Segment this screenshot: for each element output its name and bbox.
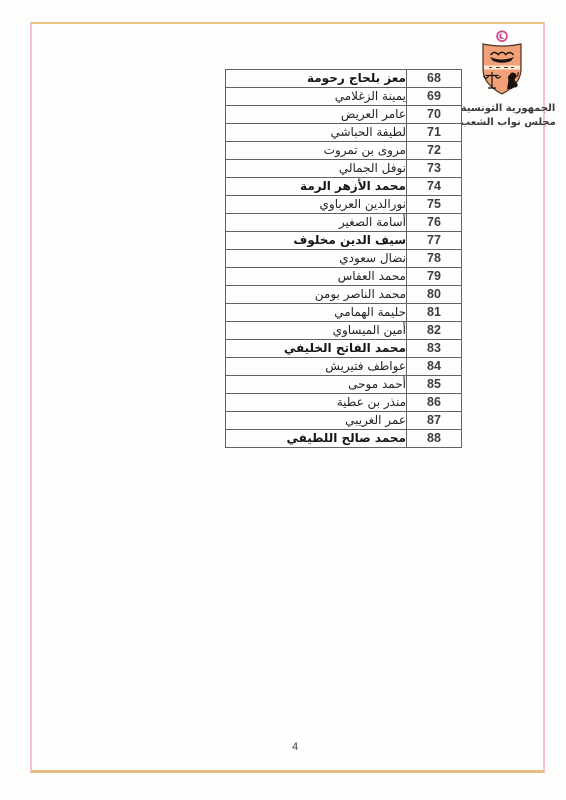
member-name: نورالدين العرباوي [226, 196, 407, 214]
page-number: 4 [270, 741, 320, 753]
member-name: محمد الأزهر الرمة [226, 178, 407, 196]
member-row: مروى بن تمروت 72 [226, 142, 462, 160]
member-row: لطيفة الحباشي 71 [226, 124, 462, 142]
member-number: 72 [407, 142, 462, 160]
member-number: 84 [407, 358, 462, 376]
member-row: محمد الناصر بومن 80 [226, 286, 462, 304]
member-name: نضال سعودي [226, 250, 407, 268]
member-number: 85 [407, 376, 462, 394]
member-row: نوفل الجمالي 73 [226, 160, 462, 178]
member-name: محمد الناصر بومن [226, 286, 407, 304]
member-number: 68 [407, 70, 462, 88]
header-block: الجمهورية التونسية مجلس نواب الشعب [458, 102, 558, 129]
member-name: أسامة الصغير [226, 214, 407, 232]
page-border-frame: الجمهورية التونسية مجلس نواب الشعب معز ب… [30, 22, 545, 773]
member-name: عواطف فتيريش [226, 358, 407, 376]
member-number: 75 [407, 196, 462, 214]
member-name: محمد الفاتح الخليفي [226, 340, 407, 358]
member-name: أحمد موحى [226, 376, 407, 394]
crescent-star-icon [497, 31, 507, 41]
member-row: نورالدين العرباوي 75 [226, 196, 462, 214]
member-number: 82 [407, 322, 462, 340]
member-name: منذر بن عطية [226, 394, 407, 412]
member-name: عامر العريض [226, 106, 407, 124]
member-name: محمد صالح اللطيفي [226, 430, 407, 448]
member-number: 78 [407, 250, 462, 268]
member-number: 87 [407, 412, 462, 430]
member-name: عمر الغريبي [226, 412, 407, 430]
member-row: نضال سعودي 78 [226, 250, 462, 268]
member-row: منذر بن عطية 86 [226, 394, 462, 412]
member-row: محمد الفاتح الخليفي 83 [226, 340, 462, 358]
members-table: معز بلحاج رحومة 68 يمينة الزغلامي 69 عام… [225, 69, 462, 448]
member-row: محمد صالح اللطيفي 88 [226, 430, 462, 448]
member-number: 74 [407, 178, 462, 196]
member-row: محمد العفاس 79 [226, 268, 462, 286]
member-row: يمينة الزغلامي 69 [226, 88, 462, 106]
member-name: حليمة الهمامي [226, 304, 407, 322]
member-row: حليمة الهمامي 81 [226, 304, 462, 322]
assembly-title: مجلس نواب الشعب [458, 116, 558, 130]
member-name: مروى بن تمروت [226, 142, 407, 160]
member-number: 86 [407, 394, 462, 412]
member-number: 76 [407, 214, 462, 232]
member-name: معز بلحاج رحومة [226, 70, 407, 88]
member-name: محمد العفاس [226, 268, 407, 286]
member-row: محمد الأزهر الرمة 74 [226, 178, 462, 196]
member-number: 71 [407, 124, 462, 142]
member-number: 70 [407, 106, 462, 124]
member-row: أحمد موحى 85 [226, 376, 462, 394]
member-row: عواطف فتيريش 84 [226, 358, 462, 376]
tunisia-coat-of-arms-icon [480, 30, 524, 96]
republic-title: الجمهورية التونسية [458, 102, 558, 116]
member-row: عمر الغريبي 87 [226, 412, 462, 430]
member-row: سيف الدين مخلوف 77 [226, 232, 462, 250]
member-number: 73 [407, 160, 462, 178]
member-number: 80 [407, 286, 462, 304]
member-name: يمينة الزغلامي [226, 88, 407, 106]
member-number: 81 [407, 304, 462, 322]
member-name: أمين الميساوي [226, 322, 407, 340]
member-row: أمين الميساوي 82 [226, 322, 462, 340]
member-row: معز بلحاج رحومة 68 [226, 70, 462, 88]
member-number: 79 [407, 268, 462, 286]
member-number: 77 [407, 232, 462, 250]
member-name: لطيفة الحباشي [226, 124, 407, 142]
member-number: 69 [407, 88, 462, 106]
member-row: أسامة الصغير 76 [226, 214, 462, 232]
member-number: 88 [407, 430, 462, 448]
member-name: نوفل الجمالي [226, 160, 407, 178]
member-row: عامر العريض 70 [226, 106, 462, 124]
member-name: سيف الدين مخلوف [226, 232, 407, 250]
member-number: 83 [407, 340, 462, 358]
